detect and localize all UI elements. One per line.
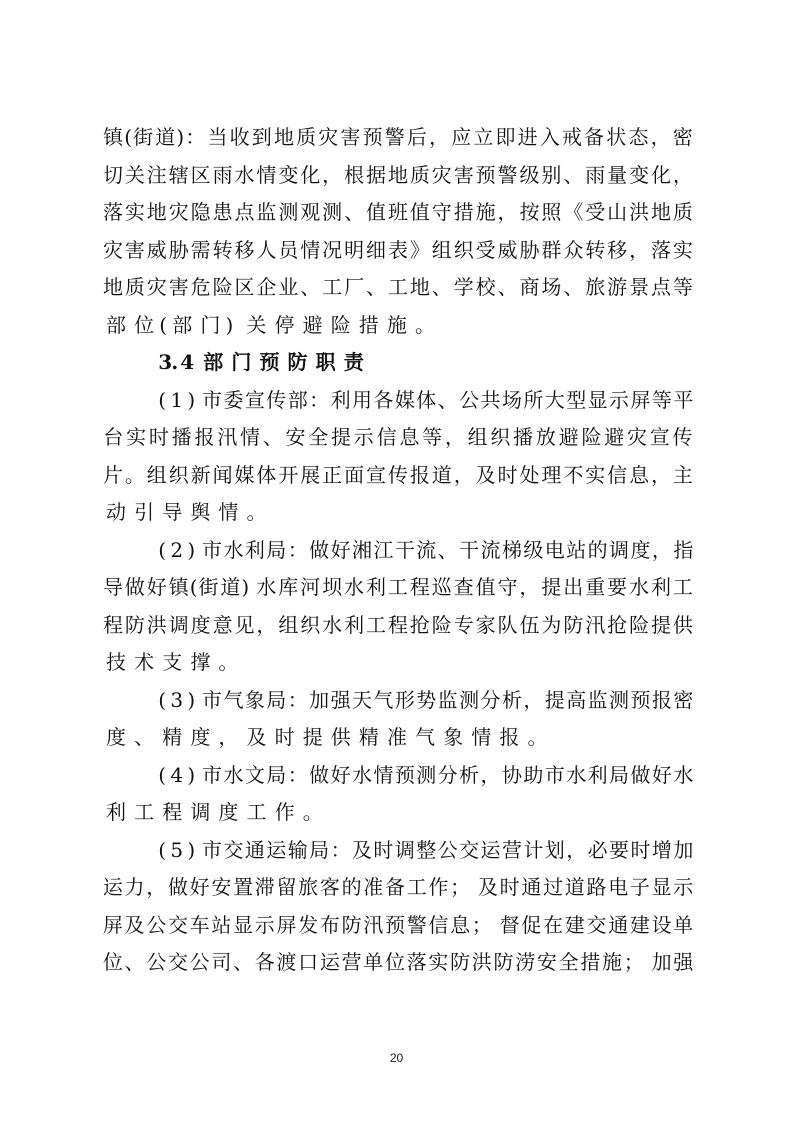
- text-line: 程防洪调度意见，组织水利工程抢险专家队伍为防汛抢险提供: [102, 607, 694, 645]
- section-heading: 3.4 部门预防职责: [102, 344, 694, 382]
- text-line: 动引导舆情。: [102, 494, 694, 532]
- text-line: 切关注辖区雨水情变化，根据地质灾害预警级别、雨量变化，: [102, 157, 694, 195]
- text-line: (2) 市水利局：做好湘江干流、干流梯级电站的调度，指: [102, 532, 694, 570]
- document-body: 镇(街道)：当收到地质灾害预警后，应立即进入戒备状态，密切关注辖区雨水情变化，根…: [102, 119, 694, 982]
- text-line: 灾害威胁需转移人员情况明细表》组织受威胁群众转移，落实: [102, 232, 694, 270]
- text-line: (3) 市气象局：加强天气形势监测分析，提高监测预报密: [102, 682, 694, 720]
- text-line: (4) 市水文局：做好水情预测分析，协助市水利局做好水: [102, 757, 694, 795]
- text-line: 片。组织新闻媒体开展正面宣传报道，及时处理不实信息，主: [102, 457, 694, 495]
- text-line: 导做好镇(街道) 水库河坝水利工程巡查值守，提出重要水利工: [102, 569, 694, 607]
- text-line: 地质灾害危险区企业、工厂、工地、学校、商场、旅游景点等: [102, 269, 694, 307]
- text-line: 利工程调度工作。: [102, 794, 694, 832]
- text-line: (1) 市委宣传部：利用各媒体、公共场所大型显示屏等平: [102, 382, 694, 420]
- text-line: 屏及公交车站显示屏发布防汛预警信息； 督促在建交通建设单: [102, 907, 694, 945]
- text-line: 镇(街道)：当收到地质灾害预警后，应立即进入戒备状态，密: [102, 119, 694, 157]
- page-number: 20: [0, 1051, 793, 1065]
- text-line: 度、精度，及时提供精准气象情报。: [102, 719, 694, 757]
- text-line: (5) 市交通运输局：及时调整公交运营计划，必要时增加: [102, 832, 694, 870]
- text-line: 台实时播报汛情、安全提示信息等，组织播放避险避灾宣传: [102, 419, 694, 457]
- text-line: 落实地灾隐患点监测观测、值班值守措施，按照《受山洪地质: [102, 194, 694, 232]
- text-line: 部位(部门) 关停避险措施。: [102, 307, 694, 345]
- text-line: 位、公交公司、各渡口运营单位落实防洪防涝安全措施； 加强: [102, 944, 694, 982]
- text-line: 运力，做好安置滞留旅客的准备工作； 及时通过道路电子显示: [102, 869, 694, 907]
- text-line: 技术支撑。: [102, 644, 694, 682]
